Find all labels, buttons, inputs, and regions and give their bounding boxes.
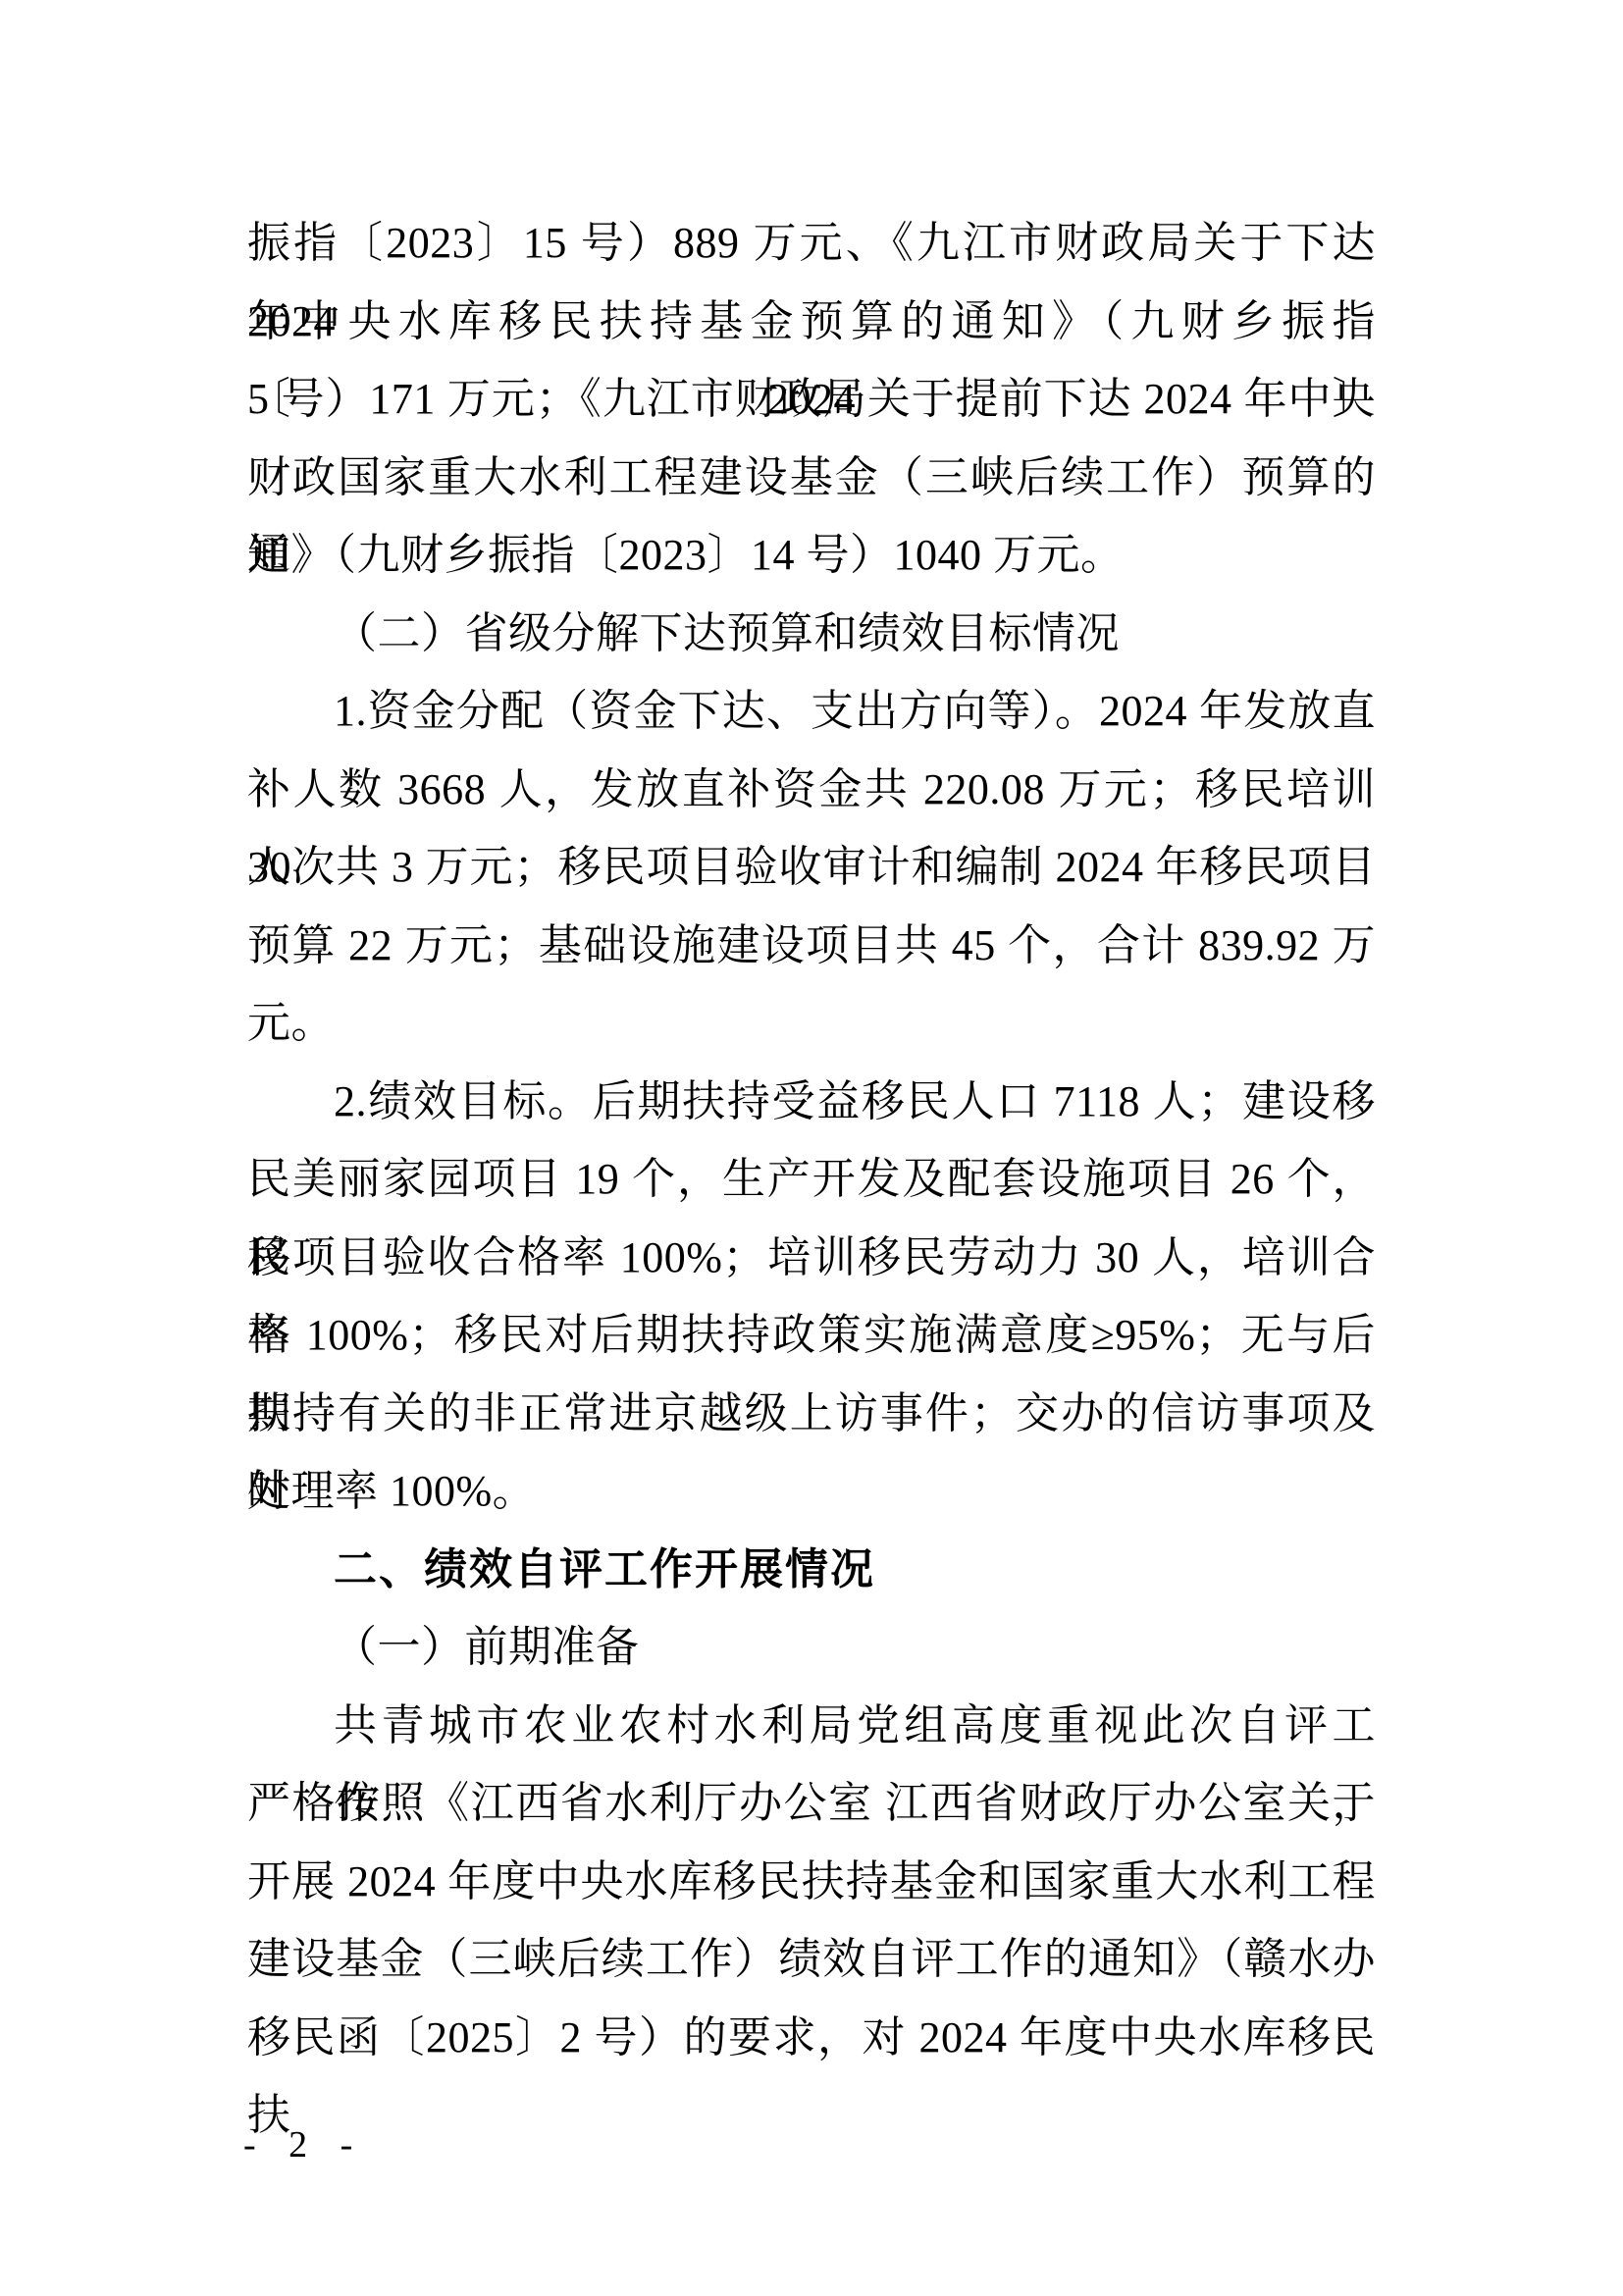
- text-line: 严格按照《江西省水利厅办公室 江西省财政厅办公室关于: [247, 1764, 1376, 1843]
- text-line: 民美丽家园项目 19 个，生产开发及配套设施项目 26 个，移: [247, 1140, 1376, 1219]
- text-line: 预算 22 万元；基础设施建设项目共 45 个，合计 839.92 万: [247, 907, 1376, 985]
- text-line: 处理率 100%。: [247, 1452, 1376, 1531]
- text-line: 知》（九财乡振指〔2023〕14 号）1040 万元。: [247, 516, 1376, 595]
- text-line: （一）前期准备: [247, 1608, 1376, 1687]
- text-line: 元。: [247, 984, 1376, 1063]
- text-line: 建设基金（三峡后续工作）绩效自评工作的通知》（赣水办: [247, 1920, 1376, 1999]
- text-line: 1.资金分配（资金下达、支出方向等）。2024 年发放直: [247, 672, 1376, 751]
- text-line: 财政国家重大水利工程建设基金（三峡后续工作）预算的通: [247, 439, 1376, 517]
- text-line: 振指〔2023〕15 号）889 万元、《九江市财政局关于下达 2024: [247, 204, 1376, 283]
- text-line: 人次共 3 万元；移民项目验收审计和编制 2024 年移民项目: [247, 828, 1376, 907]
- text-line: 率 100%；移民对后期扶持政策实施满意度≥95%；无与后期: [247, 1296, 1376, 1375]
- text-line: 共青城市农业农村水利局党组高度重视此次自评工作，: [247, 1687, 1376, 1765]
- section-heading: 二、绩效自评工作开展情况: [247, 1531, 1376, 1609]
- page-number: - 2 -: [243, 2121, 364, 2168]
- text-line: 移民函〔2025〕2 号）的要求，对 2024 年度中央水库移民扶: [247, 1999, 1376, 2077]
- text-line: 扶持有关的非正常进京越级上访事件；交办的信访事项及时: [247, 1375, 1376, 1453]
- document-body: 振指〔2023〕15 号）889 万元、《九江市财政局关于下达 2024年中央水…: [247, 204, 1376, 2076]
- text-line: 开展 2024 年度中央水库移民扶持基金和国家重大水利工程: [247, 1843, 1376, 1921]
- document-page: 振指〔2023〕15 号）889 万元、《九江市财政局关于下达 2024年中央水…: [0, 0, 1623, 2296]
- text-line: 5 号）171 万元；《九江市财政局关于提前下达 2024 年中央: [247, 360, 1376, 439]
- text-line: 年中央水库移民扶持基金预算的通知》（九财乡振指〔2024〕: [247, 283, 1376, 361]
- text-line: 民项目验收合格率 100%；培训移民劳动力 30 人，培训合格: [247, 1219, 1376, 1297]
- text-line: 2.绩效目标。后期扶持受益移民人口 7118 人；建设移: [247, 1063, 1376, 1141]
- text-line: （二）省级分解下达预算和绩效目标情况: [247, 595, 1376, 673]
- text-line: 补人数 3668 人，发放直补资金共 220.08 万元；移民培训 30: [247, 751, 1376, 829]
